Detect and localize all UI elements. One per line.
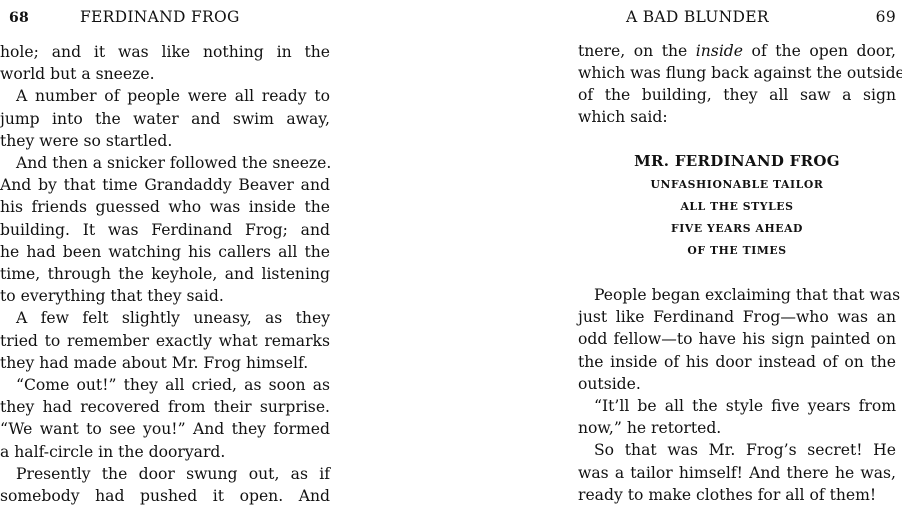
body-line: which said:: [578, 106, 896, 128]
body-line: just like Ferdinand Frog—who was an: [578, 306, 896, 328]
body-line: building. It was Ferdinand Frog; and: [0, 219, 330, 241]
left-page-number: 68: [9, 8, 29, 26]
body-line: which was flung back against the outside: [578, 62, 896, 84]
sign-title: MR. FERDINAND FROG: [578, 152, 896, 170]
body-line: A number of people were all ready to: [0, 85, 330, 107]
line-text: tnere, on the: [578, 42, 696, 60]
page-number-68: 68: [9, 10, 29, 26]
body-line: tried to remember exactly what remarks: [0, 330, 330, 352]
sign-line: UNFASHIONABLE TAILOR: [578, 178, 896, 191]
body-line: they had made about Mr. Frog himself.: [0, 352, 330, 374]
body-line: odd fellow—to have his sign painted on: [578, 328, 896, 350]
body-line: his friends guessed who was inside the: [0, 196, 330, 218]
body-line: tnere, on the inside of the open door,: [578, 40, 896, 62]
italic-word: inside: [696, 42, 743, 60]
body-line: “We want to see you!” And they formed: [0, 418, 330, 440]
page-number-69: 69: [876, 8, 896, 26]
body-line: jump into the water and swim away,: [0, 108, 330, 130]
sign-line: ALL THE STYLES: [578, 200, 896, 213]
body-line: the inside of his door instead of on the: [578, 351, 896, 373]
body-line: he had been watching his callers all the: [0, 241, 330, 263]
line-text: of the open door,: [743, 42, 896, 60]
body-line: was a tailor himself! And there he was,: [578, 462, 896, 484]
body-line: they were so startled.: [0, 130, 330, 152]
right-page-number: 69: [876, 8, 896, 26]
body-line: now,” he retorted.: [578, 417, 896, 439]
right-running-title: A BAD BLUNDER: [626, 8, 769, 26]
body-line: outside.: [578, 373, 896, 395]
body-line: somebody had pushed it open. And: [0, 485, 330, 507]
body-line: So that was Mr. Frog’s secret! He: [578, 439, 896, 461]
body-line: ready to make clothes for all of them!: [578, 484, 896, 506]
sign-line: OF THE TIMES: [578, 244, 896, 257]
sign-line: FIVE YEARS AHEAD: [578, 222, 896, 235]
body-line: “It’ll be all the style five years from: [578, 395, 896, 417]
body-line: they had recovered from their surprise.: [0, 396, 330, 418]
body-line: A few felt slightly uneasy, as they: [0, 307, 330, 329]
body-line: of the building, they all saw a sign: [578, 84, 896, 106]
right-page: A BAD BLUNDER 69 tnere, on the inside of…: [578, 0, 896, 517]
body-line: time, through the keyhole, and listening: [0, 263, 330, 285]
body-line: “Come out!” they all cried, as soon as: [0, 374, 330, 396]
body-line: And by that time Grandaddy Beaver and: [0, 174, 330, 196]
body-line: And then a snicker followed the sneeze.: [0, 152, 330, 174]
body-line: world but a sneeze.: [0, 63, 330, 85]
left-running-title: FERDINAND FROG: [80, 8, 240, 26]
body-line: to everything that they said.: [0, 285, 330, 307]
body-line: a half-circle in the dooryard.: [0, 441, 330, 463]
left-page: 68 FERDINAND FROG hole; and it was like …: [0, 0, 330, 517]
body-line: hole; and it was like nothing in the: [0, 41, 330, 63]
body-line: Presently the door swung out, as if: [0, 463, 330, 485]
body-line: People began exclaiming that that was: [578, 284, 896, 306]
